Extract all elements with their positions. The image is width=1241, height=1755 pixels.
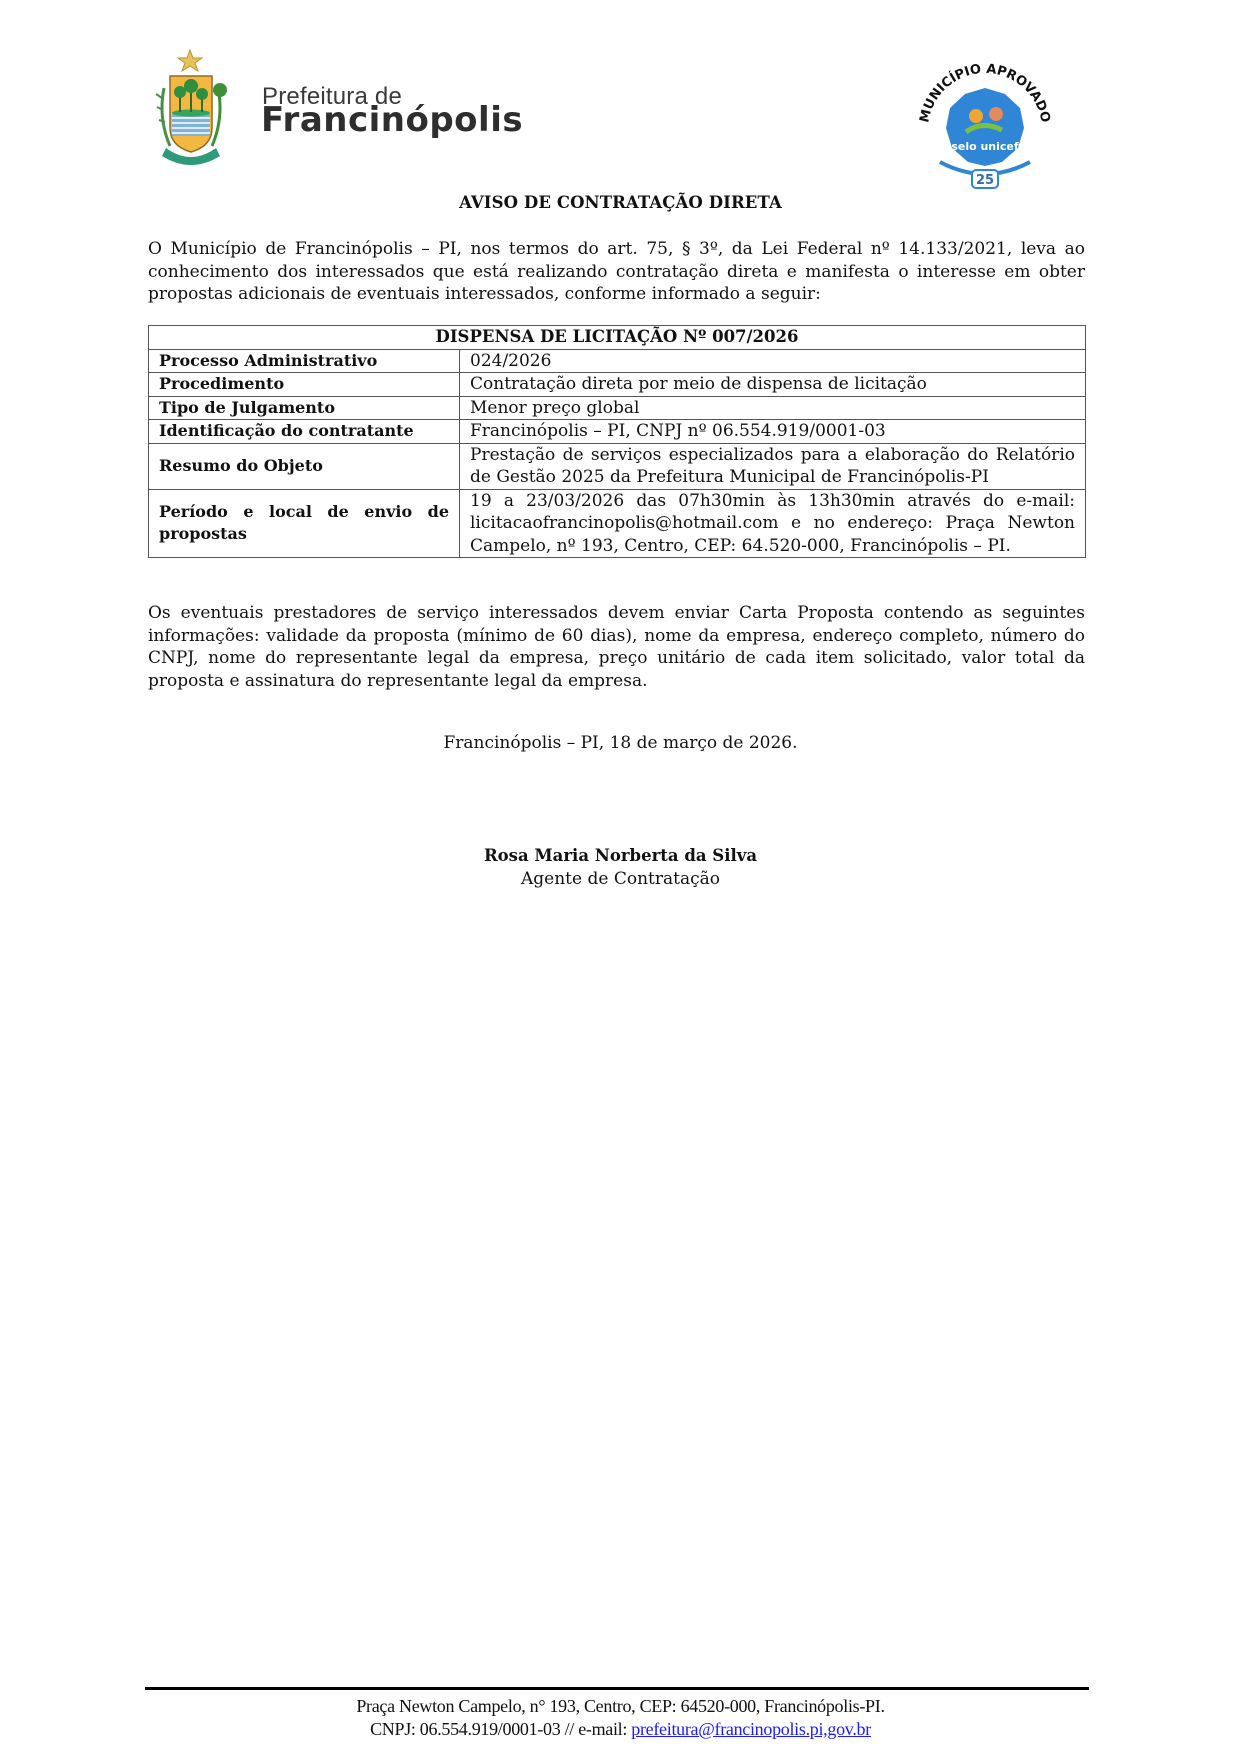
document-title: AVISO DE CONTRATAÇÃO DIRETA	[0, 193, 1241, 212]
footer-contact: CNPJ: 06.554.919/0001-03 // e-mail: pref…	[0, 1719, 1241, 1740]
table-row: Identificação do contratante Francinópol…	[149, 420, 1086, 444]
row-label: Identificação do contratante	[149, 420, 460, 444]
row-value: 024/2026	[460, 349, 1086, 373]
svg-text:selo unicef: selo unicef	[951, 140, 1019, 153]
signatory-name: Rosa Maria Norberta da Silva	[0, 846, 1241, 865]
footer-cnpj: CNPJ: 06.554.919/0001-03 // e-mail:	[370, 1719, 631, 1739]
row-label: Tipo de Julgamento	[149, 396, 460, 420]
footer-address: Praça Newton Campelo, n° 193, Centro, CE…	[0, 1696, 1241, 1717]
row-label: Procedimento	[149, 373, 460, 397]
row-label: Processo Administrativo	[149, 349, 460, 373]
row-value: Menor preço global	[460, 396, 1086, 420]
row-label: Período e local de envio de propostas	[149, 489, 460, 558]
row-value: 19 a 23/03/2026 das 07h30min às 13h30min…	[460, 489, 1086, 558]
row-label: Resumo do Objeto	[149, 443, 460, 489]
row-value: Contratação direta por meio de dispensa …	[460, 373, 1086, 397]
closing-paragraph: Os eventuais prestadores de serviço inte…	[148, 602, 1085, 692]
table-row: Resumo do Objeto Prestação de serviços e…	[149, 443, 1086, 489]
row-value: Prestação de serviços especializados par…	[460, 443, 1086, 489]
table-row: Processo Administrativo 024/2026	[149, 349, 1086, 373]
date-line: Francinópolis – PI, 18 de março de 2026.	[0, 733, 1241, 753]
table-row: Período e local de envio de propostas 19…	[149, 489, 1086, 558]
table-row: Tipo de Julgamento Menor preço global	[149, 396, 1086, 420]
svg-text:25: 25	[976, 173, 994, 188]
intro-paragraph: O Município de Francinópolis – PI, nos t…	[148, 238, 1085, 306]
signatory-role: Agente de Contratação	[0, 869, 1241, 889]
row-value: Francinópolis – PI, CNPJ nº 06.554.919/0…	[460, 420, 1086, 444]
footer-divider	[145, 1687, 1089, 1690]
dispensa-table: DISPENSA DE LICITAÇÃO Nº 007/2026 Proces…	[148, 325, 1086, 558]
table-header: DISPENSA DE LICITAÇÃO Nº 007/2026	[149, 326, 1086, 350]
unicef-seal-icon: MUNICÍPIO APROVADO selo unicef 25	[910, 58, 1060, 198]
brand-title: Francinópolis	[261, 100, 523, 140]
footer-email-link[interactable]: prefeitura@francinopolis.pi,gov.br	[631, 1719, 871, 1739]
table-row: Procedimento Contratação direta por meio…	[149, 373, 1086, 397]
